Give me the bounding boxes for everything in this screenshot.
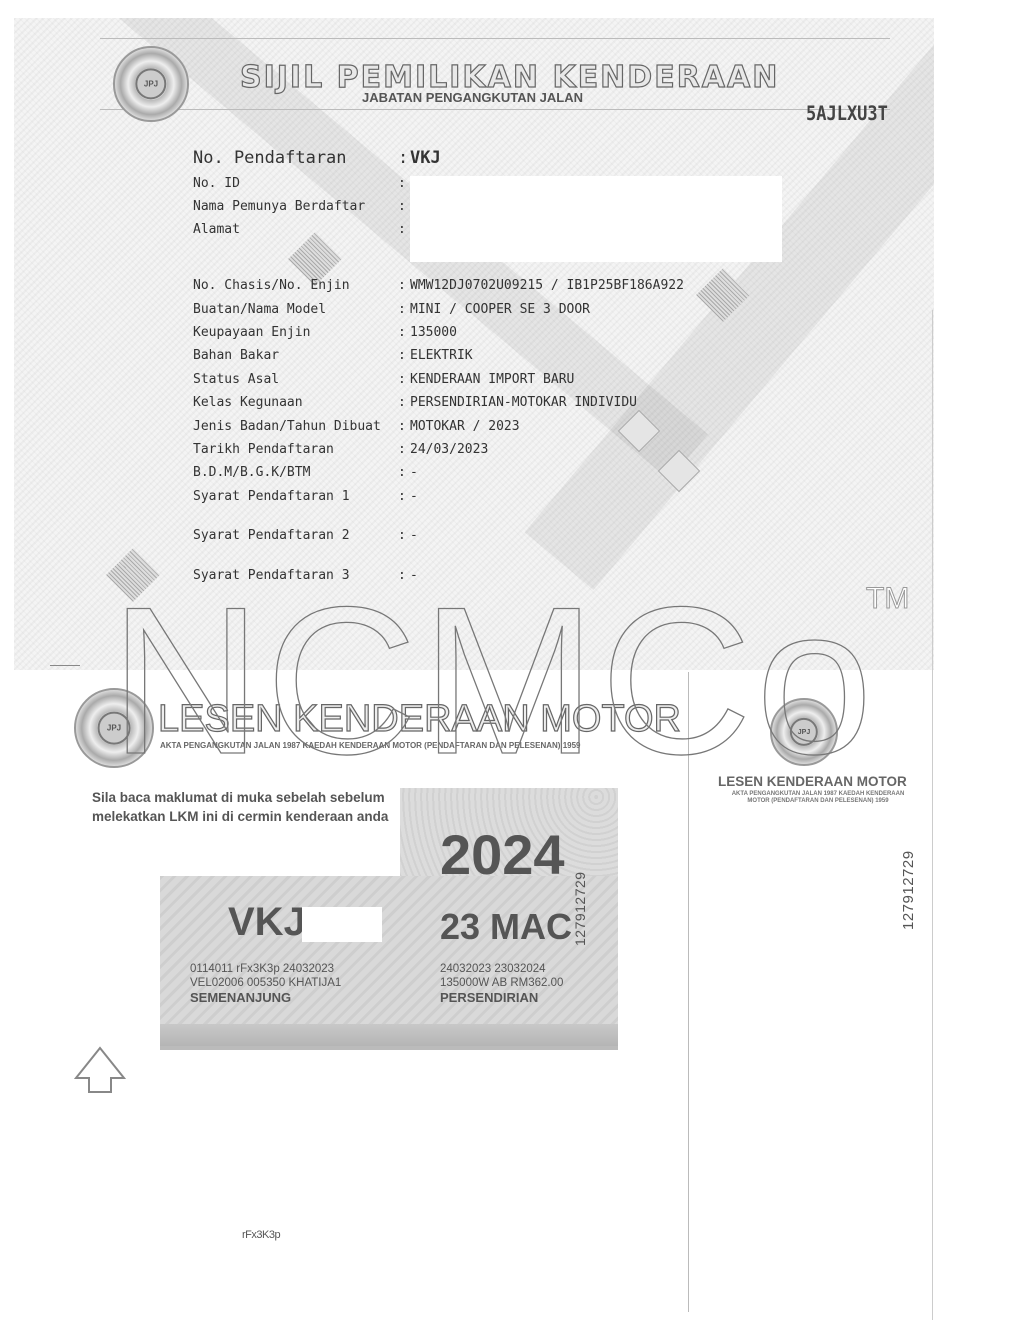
divider <box>50 665 80 666</box>
field-sep: : <box>398 325 410 340</box>
field-sep: : <box>398 302 410 317</box>
license-notice: Sila baca maklumat di muka sebelah sebel… <box>92 788 422 826</box>
field-sep: : <box>398 568 410 583</box>
license-title: LESEN KENDERAAN MOTOR <box>158 698 681 741</box>
notice-line: melekatkan LKM ini di cermin kenderaan a… <box>92 807 422 826</box>
sticker-left-line: VEL02006 005350 KHATIJA1 <box>190 976 341 990</box>
redaction-box <box>410 176 782 262</box>
field-row: Kelas Kegunaan:PERSENDIRIAN-MOTOKAR INDI… <box>193 395 637 410</box>
field-label: Alamat <box>193 222 398 237</box>
field-sep: : <box>398 278 410 293</box>
redaction-box <box>302 907 382 942</box>
field-label: No. Pendaftaran <box>193 148 398 168</box>
field-row: Tarikh Pendaftaran:24/03/2023 <box>193 442 488 457</box>
sticker-right-line: PERSENDIRIAN <box>440 991 538 1005</box>
license-act: AKTA PENGANGKUTAN JALAN 1987 KAEDAH KEND… <box>160 741 580 750</box>
field-value: MINI / COOPER SE 3 DOOR <box>410 302 590 317</box>
field-row: Syarat Pendaftaran 1:- <box>193 489 418 504</box>
sticker-left-line: SEMENANJUNG <box>190 991 291 1005</box>
field-sep: : <box>398 528 410 543</box>
security-diamond <box>106 548 160 602</box>
field-row: Bahan Bakar:ELEKTRIK <box>193 348 473 363</box>
field-row: No. Pendaftaran:VKJ <box>193 148 441 168</box>
field-row: Keupayaan Enjin:135000 <box>193 325 457 340</box>
field-row: Alamat: <box>193 222 410 237</box>
field-value: - <box>410 465 418 480</box>
field-row: Nama Pemunya Berdaftar: <box>193 199 410 214</box>
stub-act: AKTA PENGANGKUTAN JALAN 1987 KAEDAH KEND… <box>728 791 908 805</box>
crest-letter: JPJ <box>98 712 131 745</box>
field-label: Syarat Pendaftaran 1 <box>193 489 398 504</box>
sticker-right-line: 135000W AB RM362.00 <box>440 976 563 990</box>
perforation-line <box>688 672 689 1312</box>
trademark-mark: TM <box>866 582 909 616</box>
license-year: 2024 <box>440 822 565 887</box>
arrow-up-icon <box>74 1046 126 1094</box>
field-row: B.D.M/B.G.K/BTM:- <box>193 465 418 480</box>
field-sep: : <box>398 222 410 237</box>
field-value: ELEKTRIK <box>410 348 473 363</box>
field-label: Jenis Badan/Tahun Dibuat <box>193 419 398 434</box>
field-sep: : <box>398 348 410 363</box>
field-value: - <box>410 489 418 504</box>
crest-letter: JPJ <box>790 718 818 746</box>
field-row: Buatan/Nama Model:MINI / COOPER SE 3 DOO… <box>193 302 590 317</box>
field-sep: : <box>398 489 410 504</box>
field-sep: : <box>398 199 410 214</box>
stub-serial: 127912729 <box>900 850 917 930</box>
field-row: Syarat Pendaftaran 2:- <box>193 528 418 543</box>
field-value: VKJ <box>410 148 441 168</box>
field-value: 135000 <box>410 325 457 340</box>
field-value: PERSENDIRIAN-MOTOKAR INDIVIDU <box>410 395 637 410</box>
field-label: Nama Pemunya Berdaftar <box>193 199 398 214</box>
certificate-serial: 5AJLXU3T <box>806 103 888 126</box>
field-value: - <box>410 528 418 543</box>
field-row: Syarat Pendaftaran 3:- <box>193 568 418 583</box>
field-label: Syarat Pendaftaran 3 <box>193 568 398 583</box>
field-value: MOTOKAR / 2023 <box>410 419 520 434</box>
field-value: - <box>410 568 418 583</box>
field-label: Keupayaan Enjin <box>193 325 398 340</box>
license-plate: VKJ <box>228 900 306 945</box>
sticker-serial: 127912729 <box>572 871 588 946</box>
bottom-code: rFx3K3p <box>242 1229 280 1241</box>
field-sep: : <box>398 442 410 457</box>
notice-line: Sila baca maklumat di muka sebelah sebel… <box>92 788 422 807</box>
field-label: Syarat Pendaftaran 2 <box>193 528 398 543</box>
jpj-crest-icon: JPJ <box>113 46 189 122</box>
field-label: Bahan Bakar <box>193 348 398 363</box>
license-expiry: 23 MAC <box>440 906 572 948</box>
field-sep: : <box>398 395 410 410</box>
field-value: WMW12DJ0702U09215 / IB1P25BF186A922 <box>410 278 684 293</box>
field-row: Jenis Badan/Tahun Dibuat:MOTOKAR / 2023 <box>193 419 520 434</box>
field-label: Tarikh Pendaftaran <box>193 442 398 457</box>
field-label: No. ID <box>193 176 398 191</box>
page-edge <box>932 310 933 1320</box>
crest-letter: JPJ <box>135 68 166 99</box>
field-sep: : <box>398 419 410 434</box>
field-value: KENDERAAN IMPORT BARU <box>410 372 574 387</box>
field-label: No. Chasis/No. Enjin <box>193 278 398 293</box>
jpj-crest-icon: JPJ <box>770 698 838 766</box>
field-row: Status Asal:KENDERAAN IMPORT BARU <box>193 372 574 387</box>
stub-title: LESEN KENDERAAN MOTOR <box>718 774 907 789</box>
field-sep: : <box>398 148 410 168</box>
field-value: 24/03/2023 <box>410 442 488 457</box>
field-row: No. Chasis/No. Enjin:WMW12DJ0702U09215 /… <box>193 278 684 293</box>
field-label: Status Asal <box>193 372 398 387</box>
field-sep: : <box>398 176 410 191</box>
field-label: B.D.M/B.G.K/BTM <box>193 465 398 480</box>
certificate-subtitle: JABATAN PENGANGKUTAN JALAN <box>362 90 583 105</box>
field-sep: : <box>398 465 410 480</box>
field-label: Kelas Kegunaan <box>193 395 398 410</box>
sticker-left-line: 0114011 rFx3K3p 24032023 <box>190 962 334 976</box>
field-label: Buatan/Nama Model <box>193 302 398 317</box>
sticker-footer <box>160 1024 618 1046</box>
field-sep: : <box>398 372 410 387</box>
jpj-crest-icon: JPJ <box>74 688 154 768</box>
sticker-right-line: 24032023 23032024 <box>440 962 546 976</box>
field-row: No. ID: <box>193 176 410 191</box>
